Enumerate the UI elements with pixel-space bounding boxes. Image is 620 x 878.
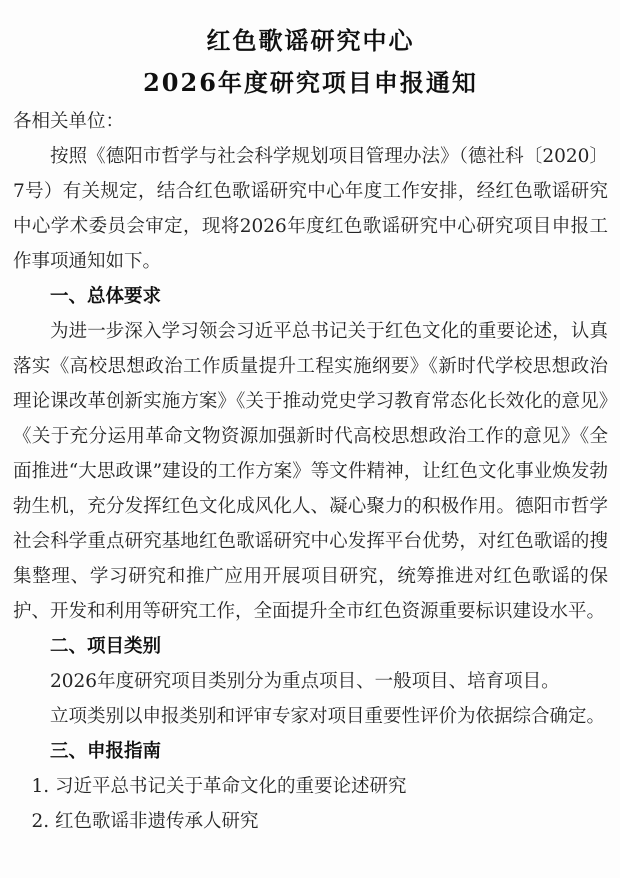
guide-item-2: 2. 红色歌谣非遗传承人研究 bbox=[13, 804, 608, 839]
document-page: 红色歌谣研究中心 2026年度研究项目申报通知 各相关单位： 按照《德阳市哲学与… bbox=[0, 0, 620, 878]
section-1-heading: 一、总体要求 bbox=[13, 279, 608, 314]
section-2-heading: 二、项目类别 bbox=[13, 629, 608, 664]
section-3-heading: 三、申报指南 bbox=[13, 734, 608, 769]
document-title-line2: 2026年度研究项目申报通知 bbox=[13, 62, 608, 104]
intro-paragraph: 按照《德阳市哲学与社会科学规划项目管理办法》（德社科〔2020〕7号）有关规定，… bbox=[13, 139, 608, 279]
document-title: 红色歌谣研究中心 2026年度研究项目申报通知 bbox=[13, 20, 608, 104]
section-2-paragraph-1: 2026年度研究项目类别分为重点项目、一般项目、培育项目。 bbox=[13, 664, 608, 699]
section-1-paragraph-1: 为进一步深入学习领会习近平总书记关于红色文化的重要论述，认真落实《高校思想政治工… bbox=[13, 314, 608, 629]
section-2-paragraph-2: 立项类别以申报类别和评审专家对项目重要性评价为依据综合确定。 bbox=[13, 699, 608, 734]
document-title-line1: 红色歌谣研究中心 bbox=[13, 20, 608, 62]
guide-item-1: 1. 习近平总书记关于革命文化的重要论述研究 bbox=[13, 769, 608, 804]
salutation: 各相关单位： bbox=[13, 104, 608, 139]
document-body: 各相关单位： 按照《德阳市哲学与社会科学规划项目管理办法》（德社科〔2020〕7… bbox=[13, 104, 608, 839]
